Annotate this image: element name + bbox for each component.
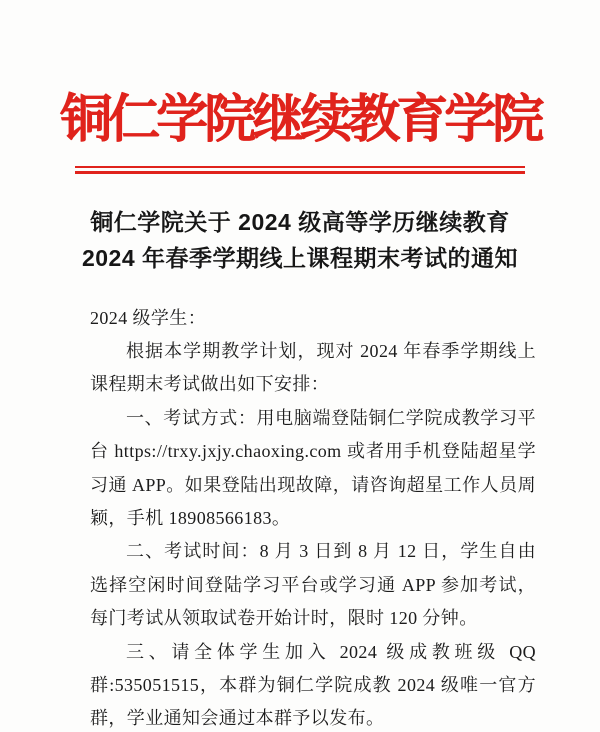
notice-document: 铜仁学院继续教育学院 铜仁学院关于 2024 级高等学历继续教育 2024 年春…: [0, 0, 600, 732]
letterhead: 铜仁学院继续教育学院: [0, 90, 600, 174]
notice-title-line1: 铜仁学院关于 2024 级高等学历继续教育: [0, 204, 600, 240]
notice-title-line2: 2024 年春季学期线上课程期末考试的通知: [0, 240, 600, 276]
paragraph-exam-time: 二、考试时间：8 月 3 日到 8 月 12 日，学生自由选择空闲时间登陆学习平…: [90, 535, 536, 635]
notice-title: 铜仁学院关于 2024 级高等学历继续教育 2024 年春季学期线上课程期末考试…: [0, 204, 600, 276]
paragraph-qq-group: 三、请全体学生加入 2024 级成教班级 QQ 群:535051515，本群为铜…: [90, 636, 536, 732]
salutation: 2024 级学生：: [90, 302, 536, 335]
letterhead-divider: [75, 166, 525, 174]
letterhead-org-name: 铜仁学院继续教育学院: [0, 90, 600, 150]
paragraph-exam-method: 一、考试方式：用电脑端登陆铜仁学院成教学习平台 https://trxy.jxj…: [90, 402, 536, 536]
notice-body: 2024 级学生： 根据本学期教学计划，现对 2024 年春季学期线上课程期末考…: [90, 302, 536, 732]
paragraph-arrangement-intro: 根据本学期教学计划，现对 2024 年春季学期线上课程期末考试做出如下安排：: [90, 335, 536, 402]
